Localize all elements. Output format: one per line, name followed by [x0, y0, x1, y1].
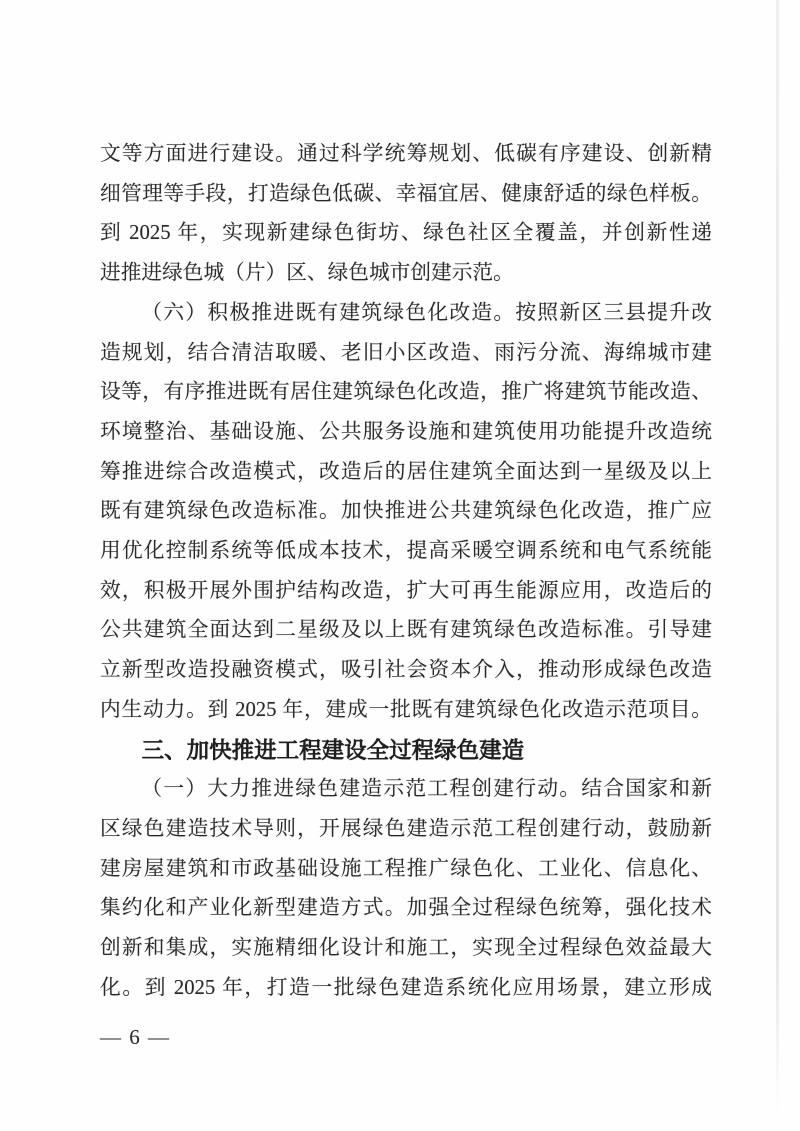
body-line: 既有建筑绿色改造标准。加快推进公共建筑绿色化改造，推广应	[100, 492, 712, 532]
body-line: （一）大力推进绿色建造示范工程创建行动。结合国家和新	[100, 770, 712, 810]
body-line: 创新和集成，实施精细化设计和施工，实现全过程绿色效益最大	[100, 929, 712, 969]
body-line: （六）积极推进既有建筑绿色化改造。按照新区三县提升改	[100, 294, 712, 334]
body-line: 化。到 2025 年，打造一批绿色建造系统化应用场景，建立形成	[100, 969, 712, 1009]
body-line: 设等，有序推进既有居住建筑绿色化改造，推广将建筑节能改造、	[100, 373, 712, 413]
body-line: 筹推进综合改造模式，改造后的居住建筑全面达到一星级及以上	[100, 453, 712, 493]
body-line: 内生动力。到 2025 年，建成一批既有建筑绿色化改造示范项目。	[100, 691, 712, 731]
body-line: 到 2025 年，实现新建绿色街坊、绿色社区全覆盖，并创新性递	[100, 214, 712, 254]
body-line: 造规划，结合清洁取暖、老旧小区改造、雨污分流、海绵城市建	[100, 334, 712, 374]
section-heading: 三、加快推进工程建设全过程绿色建造	[100, 731, 712, 771]
body-line: 建房屋建筑和市政基础设施工程推广绿色化、工业化、信息化、	[100, 850, 712, 890]
body-line: 环境整治、基础设施、公共服务设施和建筑使用功能提升改造统	[100, 413, 712, 453]
body-line: 公共建筑全面达到二星级及以上既有建筑绿色改造标准。引导建	[100, 611, 712, 651]
body-line: 区绿色建造技术导则，开展绿色建造示范工程创建行动，鼓励新	[100, 810, 712, 850]
body-line: 进推进绿色城（片）区、绿色城市创建示范。	[100, 254, 712, 294]
body-line: 用优化控制系统等低成本技术，提高采暖空调系统和电气系统能	[100, 532, 712, 572]
body-line: 文等方面进行建设。通过科学统筹规划、低碳有序建设、创新精	[100, 135, 712, 175]
body-line: 效，积极开展外围护结构改造，扩大可再生能源应用，改造后的	[100, 572, 712, 612]
body-line: 立新型改造投融资模式，吸引社会资本介入，推动形成绿色改造	[100, 651, 712, 691]
page-number: — 6 —	[100, 1020, 171, 1054]
scan-artifact-line	[776, 0, 779, 1116]
body-line: 集约化和产业化新型建造方式。加强全过程绿色统筹，强化技术	[100, 889, 712, 929]
document-body: 文等方面进行建设。通过科学统筹规划、低碳有序建设、创新精 细管理等手段，打造绿色…	[100, 135, 712, 1008]
document-page: 文等方面进行建设。通过科学统筹规划、低碳有序建设、创新精 细管理等手段，打造绿色…	[0, 0, 800, 1131]
body-line: 细管理等手段，打造绿色低碳、幸福宜居、健康舒适的绿色样板。	[100, 175, 712, 215]
